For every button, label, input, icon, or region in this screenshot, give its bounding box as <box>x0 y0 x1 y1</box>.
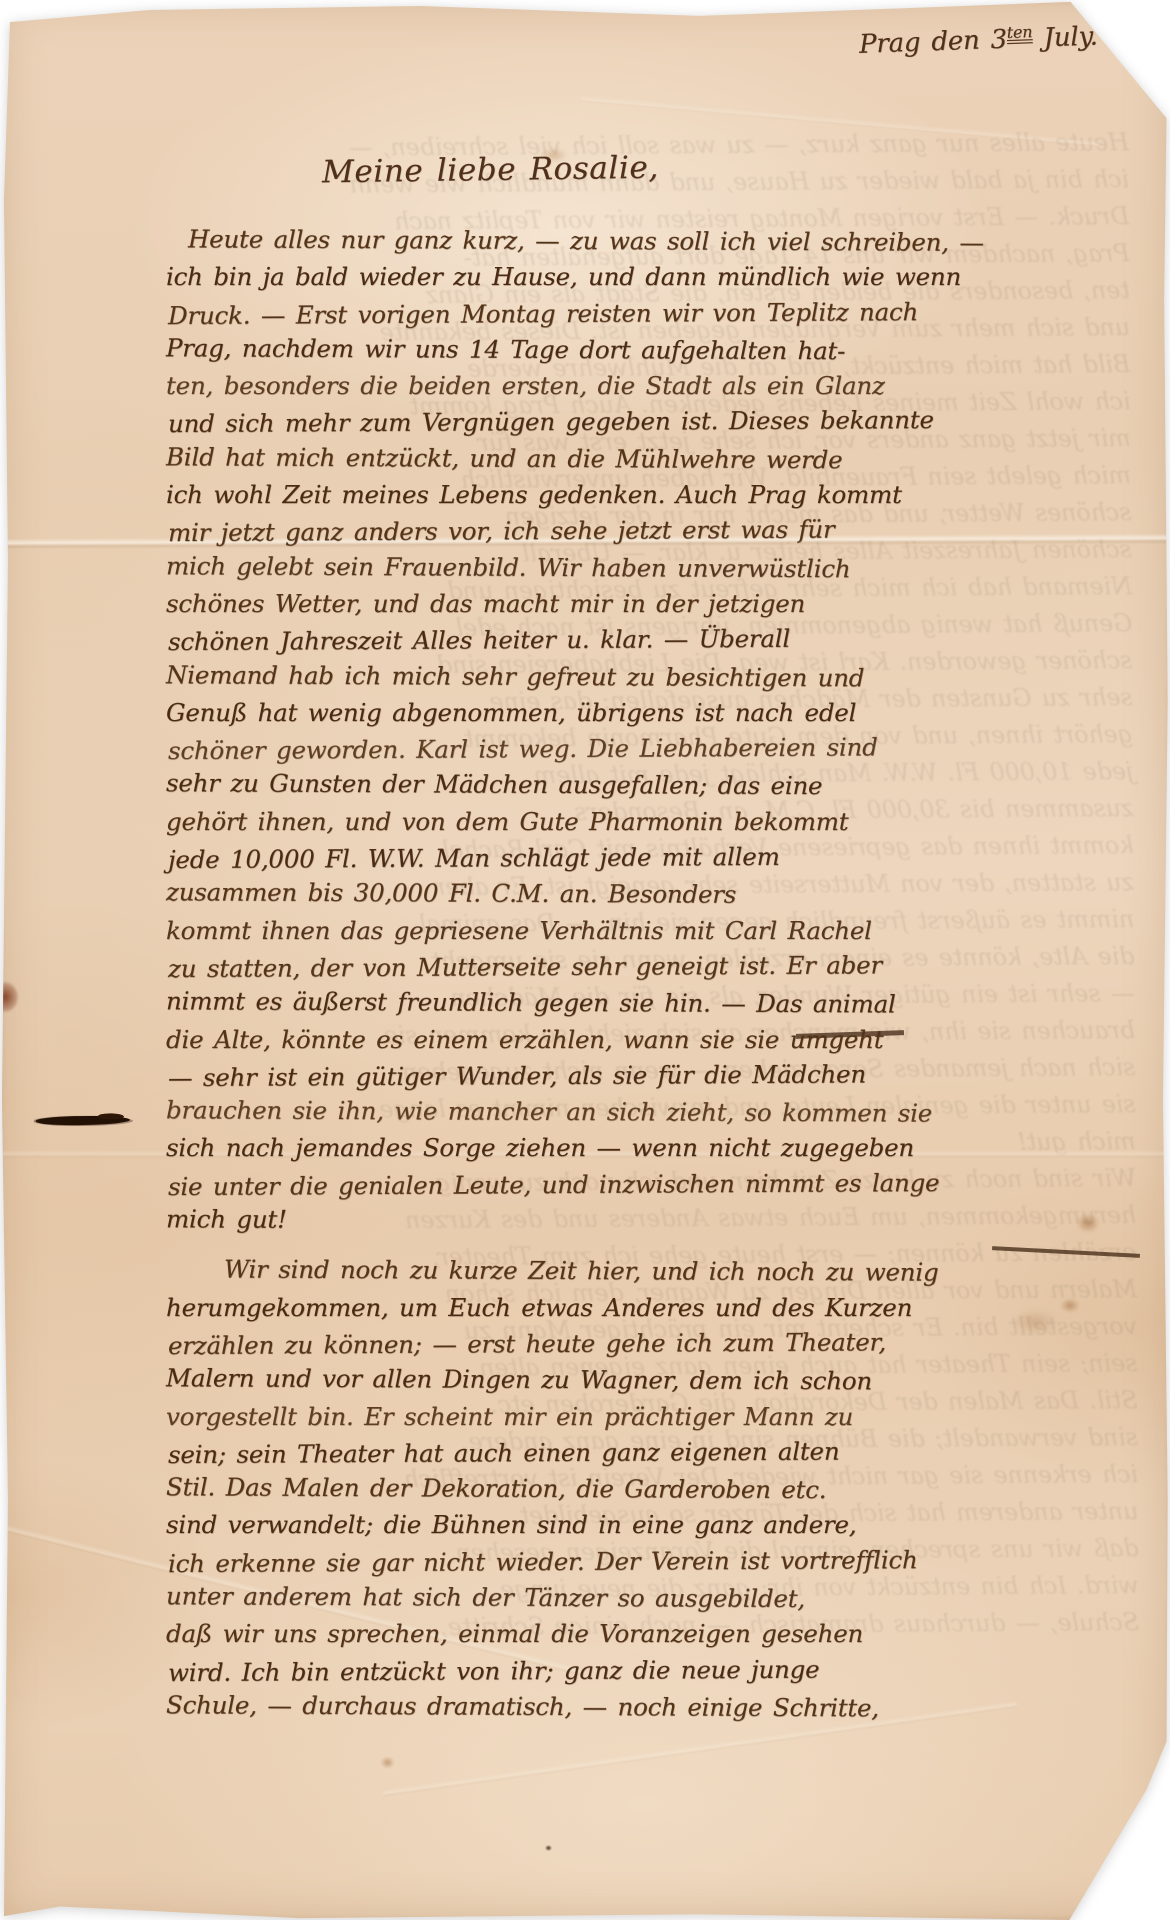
handwriting-line: unter anderem hat sich der Tänzer so aus… <box>166 1578 966 1618</box>
handwriting-line: sehr zu Gunsten der Mädchen ausgefallen;… <box>166 766 966 806</box>
handwriting-line: mich gelebt sein Frauenbild. Wir haben u… <box>166 548 966 588</box>
handwriting-line: gehört ihnen, und von dem Gute Pharmonin… <box>166 804 966 840</box>
handwriting-line: Heute alles nur ganz kurz, — zu was soll… <box>166 221 966 261</box>
handwriting-line: und sich mehr zum Vergnügen gegeben ist.… <box>168 402 968 442</box>
handwriting-line: mich gut! <box>166 1201 966 1241</box>
handwriting-line: ich bin ja bald wieder zu Hause, und dan… <box>166 259 966 295</box>
handwriting-line: zu statten, der von Mutterseite sehr gen… <box>168 947 968 987</box>
handwriting-line: Malern und vor allen Dingen zu Wagner, d… <box>166 1360 966 1400</box>
dateline-suffix: July. <box>1032 22 1098 54</box>
paragraph: Heute alles nur ganz kurz, — zu was soll… <box>166 223 966 1239</box>
foxing-spot-bottom <box>380 1756 395 1769</box>
handwriting-line: Prag, nachdem wir uns 14 Tage dort aufge… <box>166 330 966 370</box>
handwriting-line: mir jetzt ganz anders vor, ich sehe jetz… <box>168 511 968 551</box>
handwriting-line: Stil. Das Malen der Dekoration, die Gard… <box>166 1469 966 1509</box>
handwriting-line: zusammen bis 30,000 Fl. C.M. an. Besonde… <box>166 875 966 915</box>
dateline-superscript: ten <box>1007 22 1033 42</box>
letter-page: Heute alles nur ganz kurz, — zu was soll… <box>0 0 1170 1920</box>
handwriting-line: Druck. — Erst vorigen Montag reisten wir… <box>168 293 968 333</box>
handwriting-line: sie unter die genialen Leute, und inzwis… <box>168 1165 968 1205</box>
foxing-spot-right-1 <box>1076 1213 1100 1233</box>
handwriting-line: sein; sein Theater hat auch einen ganz e… <box>168 1433 968 1473</box>
handwriting-line: Schule, — durchaus dramatisch, — noch ei… <box>166 1687 966 1727</box>
handwriting-line: ten, besonders die beiden ersten, die St… <box>166 368 966 404</box>
handwriting-line: sich nach jemandes Sorge ziehen — wenn n… <box>166 1130 966 1166</box>
dateline-prefix: Prag den 3 <box>859 25 1008 60</box>
handwriting-line: Wir sind noch zu kurze Zeit hier, und ic… <box>166 1252 966 1292</box>
handwriting-line: jede 10,000 Fl. W.W. Man schlägt jede mi… <box>168 838 968 878</box>
red-edge-blot <box>0 982 18 1012</box>
handwriting-line: sind verwandelt; die Bühnen sind in eine… <box>166 1507 966 1543</box>
handwriting-line: ich erkenne sie gar nicht wieder. Der Ve… <box>168 1542 968 1582</box>
ink-correction-stroke <box>992 1246 1140 1258</box>
smudge-stain <box>1012 1310 1058 1334</box>
handwriting-line: — sehr ist ein gütiger Wunder, als sie f… <box>168 1056 968 1096</box>
handwriting-line: schönes Wetter, und das macht mir in der… <box>166 586 966 622</box>
ink-speck <box>545 1845 552 1851</box>
handwriting-line: vorgestellt bin. Er scheint mir ein präc… <box>166 1399 966 1435</box>
handwriting-line: Genuß hat wenig abgenommen, übrigens ist… <box>166 695 966 731</box>
handwriting-line: schönen Jahreszeit Alles heiter u. klar.… <box>168 620 968 660</box>
ink-blot-dash <box>36 1115 130 1126</box>
paragraph: Wir sind noch zu kurze Zeit hier, und ic… <box>166 1253 966 1725</box>
paper-shadow-wrap: Heute alles nur ganz kurz, — zu was soll… <box>0 0 1170 1920</box>
handwriting-line: erzählen zu können; — erst heute gehe ic… <box>168 1324 968 1364</box>
handwriting-line: ich wohl Zeit meines Lebens gedenken. Au… <box>166 477 966 513</box>
handwriting-line: die Alte, könnte es einem erzählen, wann… <box>166 1022 966 1058</box>
handwriting-line: wird. Ich bin entzückt von ihr; ganz die… <box>168 1650 968 1690</box>
letter-body: Heute alles nur ganz kurz, — zu was soll… <box>166 223 966 1725</box>
salutation: Meine liebe Rosalie, <box>322 150 659 191</box>
handwriting-line: kommt ihnen das gepriesene Verhältnis mi… <box>166 913 966 949</box>
handwriting-line: schöner geworden. Karl ist weg. Die Lieb… <box>168 729 968 769</box>
handwriting-line: herumgekommen, um Euch etwas Anderes und… <box>166 1290 966 1326</box>
handwriting-line: brauchen sie ihn, wie mancher an sich zi… <box>166 1092 966 1132</box>
handwriting-line: Bild hat mich entzückt, und an die Mühlw… <box>166 439 966 479</box>
crease-diagonal-top <box>581 95 1100 147</box>
dateline: Prag den 3ten July. <box>859 20 1099 60</box>
foxing-spot-right-2 <box>1060 1298 1080 1313</box>
handwriting-line: daß wir uns sprechen, einmal die Voranze… <box>166 1616 966 1652</box>
handwriting-line: Niemand hab ich mich sehr gefreut zu bes… <box>166 657 966 697</box>
handwriting-line: nimmt es äußerst freundlich gegen sie hi… <box>166 983 966 1023</box>
scanned-letter-scene: Heute alles nur ganz kurz, — zu was soll… <box>0 0 1170 1920</box>
